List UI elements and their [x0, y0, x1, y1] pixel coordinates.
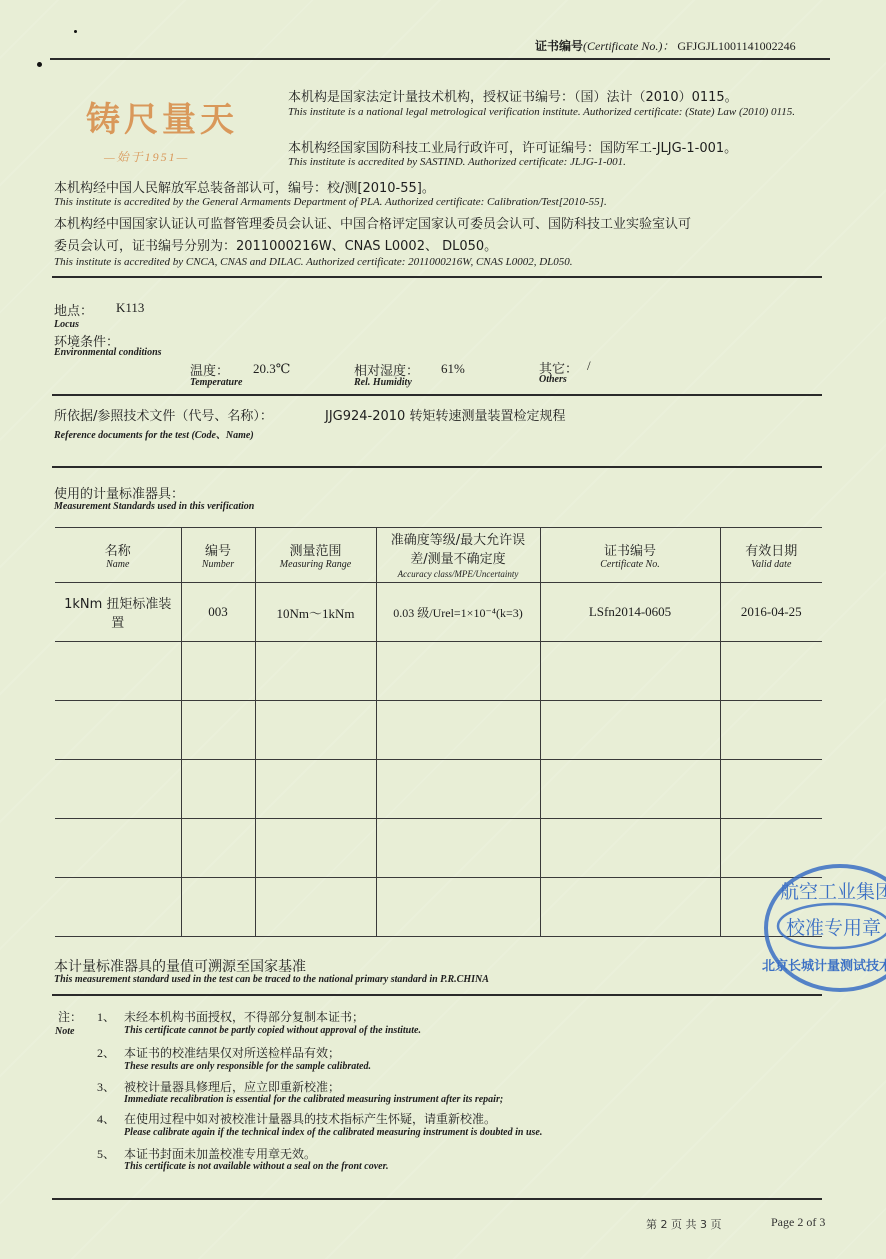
standards-label-en: Measurement Standards used in this verif… [54, 501, 254, 512]
reference-value: JJG924-2010 转矩转速测量装置检定规程 [325, 405, 565, 424]
certificate-number: 证书编号(Certificate No.)： GFJGJL10011410022… [535, 37, 796, 54]
accreditation-3-en: This institute is accredited by the Gene… [54, 196, 607, 208]
table-header-row: 名称Name 编号Number 测量范围Measuring Range 准确度等… [55, 528, 822, 583]
note-2-zh: 本证书的校准结果仅对所送检样品有效； [124, 1044, 340, 1061]
note-4-zh: 在使用过程中如对被校准计量器具的技术指标产生怀疑，请重新校准。 [124, 1110, 496, 1127]
locus-value: K113 [116, 300, 144, 316]
table-row [55, 760, 822, 819]
table-row: 1kNm 扭矩标准装置 003 10Nm～1kNm 0.03 级/Urel=1×… [55, 583, 822, 642]
accreditation-1-zh: 本机构是国家法定计量技术机构，授权证书编号：（国）法计（2010）0115。 [288, 86, 818, 105]
divider-3 [52, 466, 822, 468]
note-5-en: This certificate is not available withou… [124, 1161, 388, 1172]
reference-label-en: Reference documents for the test (Code、N… [54, 426, 254, 441]
note-2-number: 2、 [97, 1044, 115, 1061]
note-4-number: 4、 [97, 1110, 115, 1127]
temperature-value: 20.3℃ [253, 361, 290, 377]
notes-label-en: Note [55, 1026, 74, 1037]
certificate-number-label-en: (Certificate No.)： [583, 39, 674, 53]
accreditation-4-en: This institute is accredited by CNCA, CN… [54, 256, 573, 268]
accreditation-1-en: This institute is a national legal metro… [288, 105, 818, 120]
others-label-en: Others [539, 374, 567, 385]
accreditation-3-zh: 本机构经中国人民解放军总装备部认可，编号：校/测[2010-55]。 [54, 177, 435, 196]
note-2-en: These results are only responsible for t… [124, 1061, 371, 1072]
humidity-value: 61% [441, 361, 465, 377]
reference-label: 所依据/参照技术文件（代号、名称）： [54, 405, 273, 424]
column-header-number: 编号Number [181, 528, 255, 583]
column-header-name: 名称Name [55, 528, 181, 583]
column-header-range: 测量范围Measuring Range [255, 528, 376, 583]
note-3-zh: 被校计量器具修理后，应立即重新校准； [124, 1078, 340, 1095]
calibration-seal-stamp: 航空工业集团 校准专用章 北京长城计量测试技术研究所 [762, 862, 886, 994]
note-3-number: 3、 [97, 1078, 115, 1095]
note-1-zh: 未经本机构书面授权，不得部分复制本证书； [124, 1008, 364, 1025]
scan-speck [74, 30, 77, 33]
cell-certificate: LSfn2014-0605 [540, 583, 720, 642]
divider-4 [52, 994, 822, 996]
note-5-zh: 本证书封面未加盖校准专用章无效。 [124, 1145, 316, 1162]
note-4-en: Please calibrate again if the technical … [124, 1127, 542, 1138]
svg-text:北京长城计量测试技术研究所: 北京长城计量测试技术研究所 [762, 958, 886, 974]
others-value: / [587, 358, 591, 374]
standards-table: 名称Name 编号Number 测量范围Measuring Range 准确度等… [55, 527, 822, 937]
certificate-number-label: 证书编号 [535, 39, 583, 53]
locus-label: 地点： [54, 300, 93, 319]
logo-subtitle: —始于1951— [104, 148, 189, 165]
humidity-label-en: Rel. Humidity [354, 377, 412, 388]
accreditation-4-zh-cont: 委员会认可，证书编号分别为：2011000216W、CNAS L0002、 DL… [54, 235, 497, 254]
accreditation-2-en: This institute is accredited by SASTIND.… [288, 156, 626, 168]
page-indicator-en: Page 2 of 3 [771, 1215, 825, 1230]
divider-2 [52, 394, 822, 396]
traceability-statement: 本计量标准器具的量值可溯源至国家基准 [54, 956, 306, 976]
certificate-number-value: GFJGJL1001141002246 [677, 39, 795, 53]
column-header-accuracy: 准确度等级/最大允许误差/测量不确定度Accuracy class/MPE/Un… [376, 528, 540, 583]
cell-number: 003 [181, 583, 255, 642]
column-header-certificate: 证书编号Certificate No. [540, 528, 720, 583]
table-row [55, 819, 822, 878]
accreditation-2-zh: 本机构经国家国防科技工业局行政许可，许可证编号：国防军工-JLJG-1-001。 [288, 137, 828, 156]
note-1-number: 1、 [97, 1008, 115, 1025]
note-3-en: Immediate recalibration is essential for… [124, 1094, 503, 1105]
column-header-valid-date: 有效日期Valid date [720, 528, 822, 583]
table-row [55, 878, 822, 937]
svg-text:校准专用章: 校准专用章 [786, 917, 881, 939]
notes-label: 注： [58, 1008, 82, 1025]
header-divider [50, 58, 830, 60]
note-5-number: 5、 [97, 1145, 115, 1162]
cell-valid-date: 2016-04-25 [720, 583, 822, 642]
cell-range: 10Nm～1kNm [255, 583, 376, 642]
temperature-label-en: Temperature [190, 377, 242, 388]
institute-logo: 铸尺量天 [86, 92, 238, 141]
traceability-statement-en: This measurement standard used in the te… [54, 974, 489, 985]
accreditation-4-zh: 本机构经中国国家认证认可监督管理委员会认证、中国合格评定国家认可委员会认可、国防… [54, 213, 691, 232]
footer-divider [52, 1198, 822, 1200]
standards-label: 使用的计量标准器具： [54, 483, 184, 502]
binding-hole-mark [37, 62, 42, 67]
cell-name: 1kNm 扭矩标准装置 [55, 583, 181, 642]
table-row [55, 701, 822, 760]
divider-1 [52, 276, 822, 278]
note-1-en: This certificate cannot be partly copied… [124, 1025, 421, 1036]
page-indicator-zh: 第 2 页 共 3 页 [646, 1216, 721, 1232]
cell-accuracy: 0.03 级/Urel=1×10⁻⁴(k=3) [376, 583, 540, 642]
table-row [55, 642, 822, 701]
locus-label-en: Locus [54, 319, 79, 330]
svg-text:航空工业集团: 航空工业集团 [780, 881, 886, 903]
environment-label-en: Environmental conditions [54, 347, 162, 358]
